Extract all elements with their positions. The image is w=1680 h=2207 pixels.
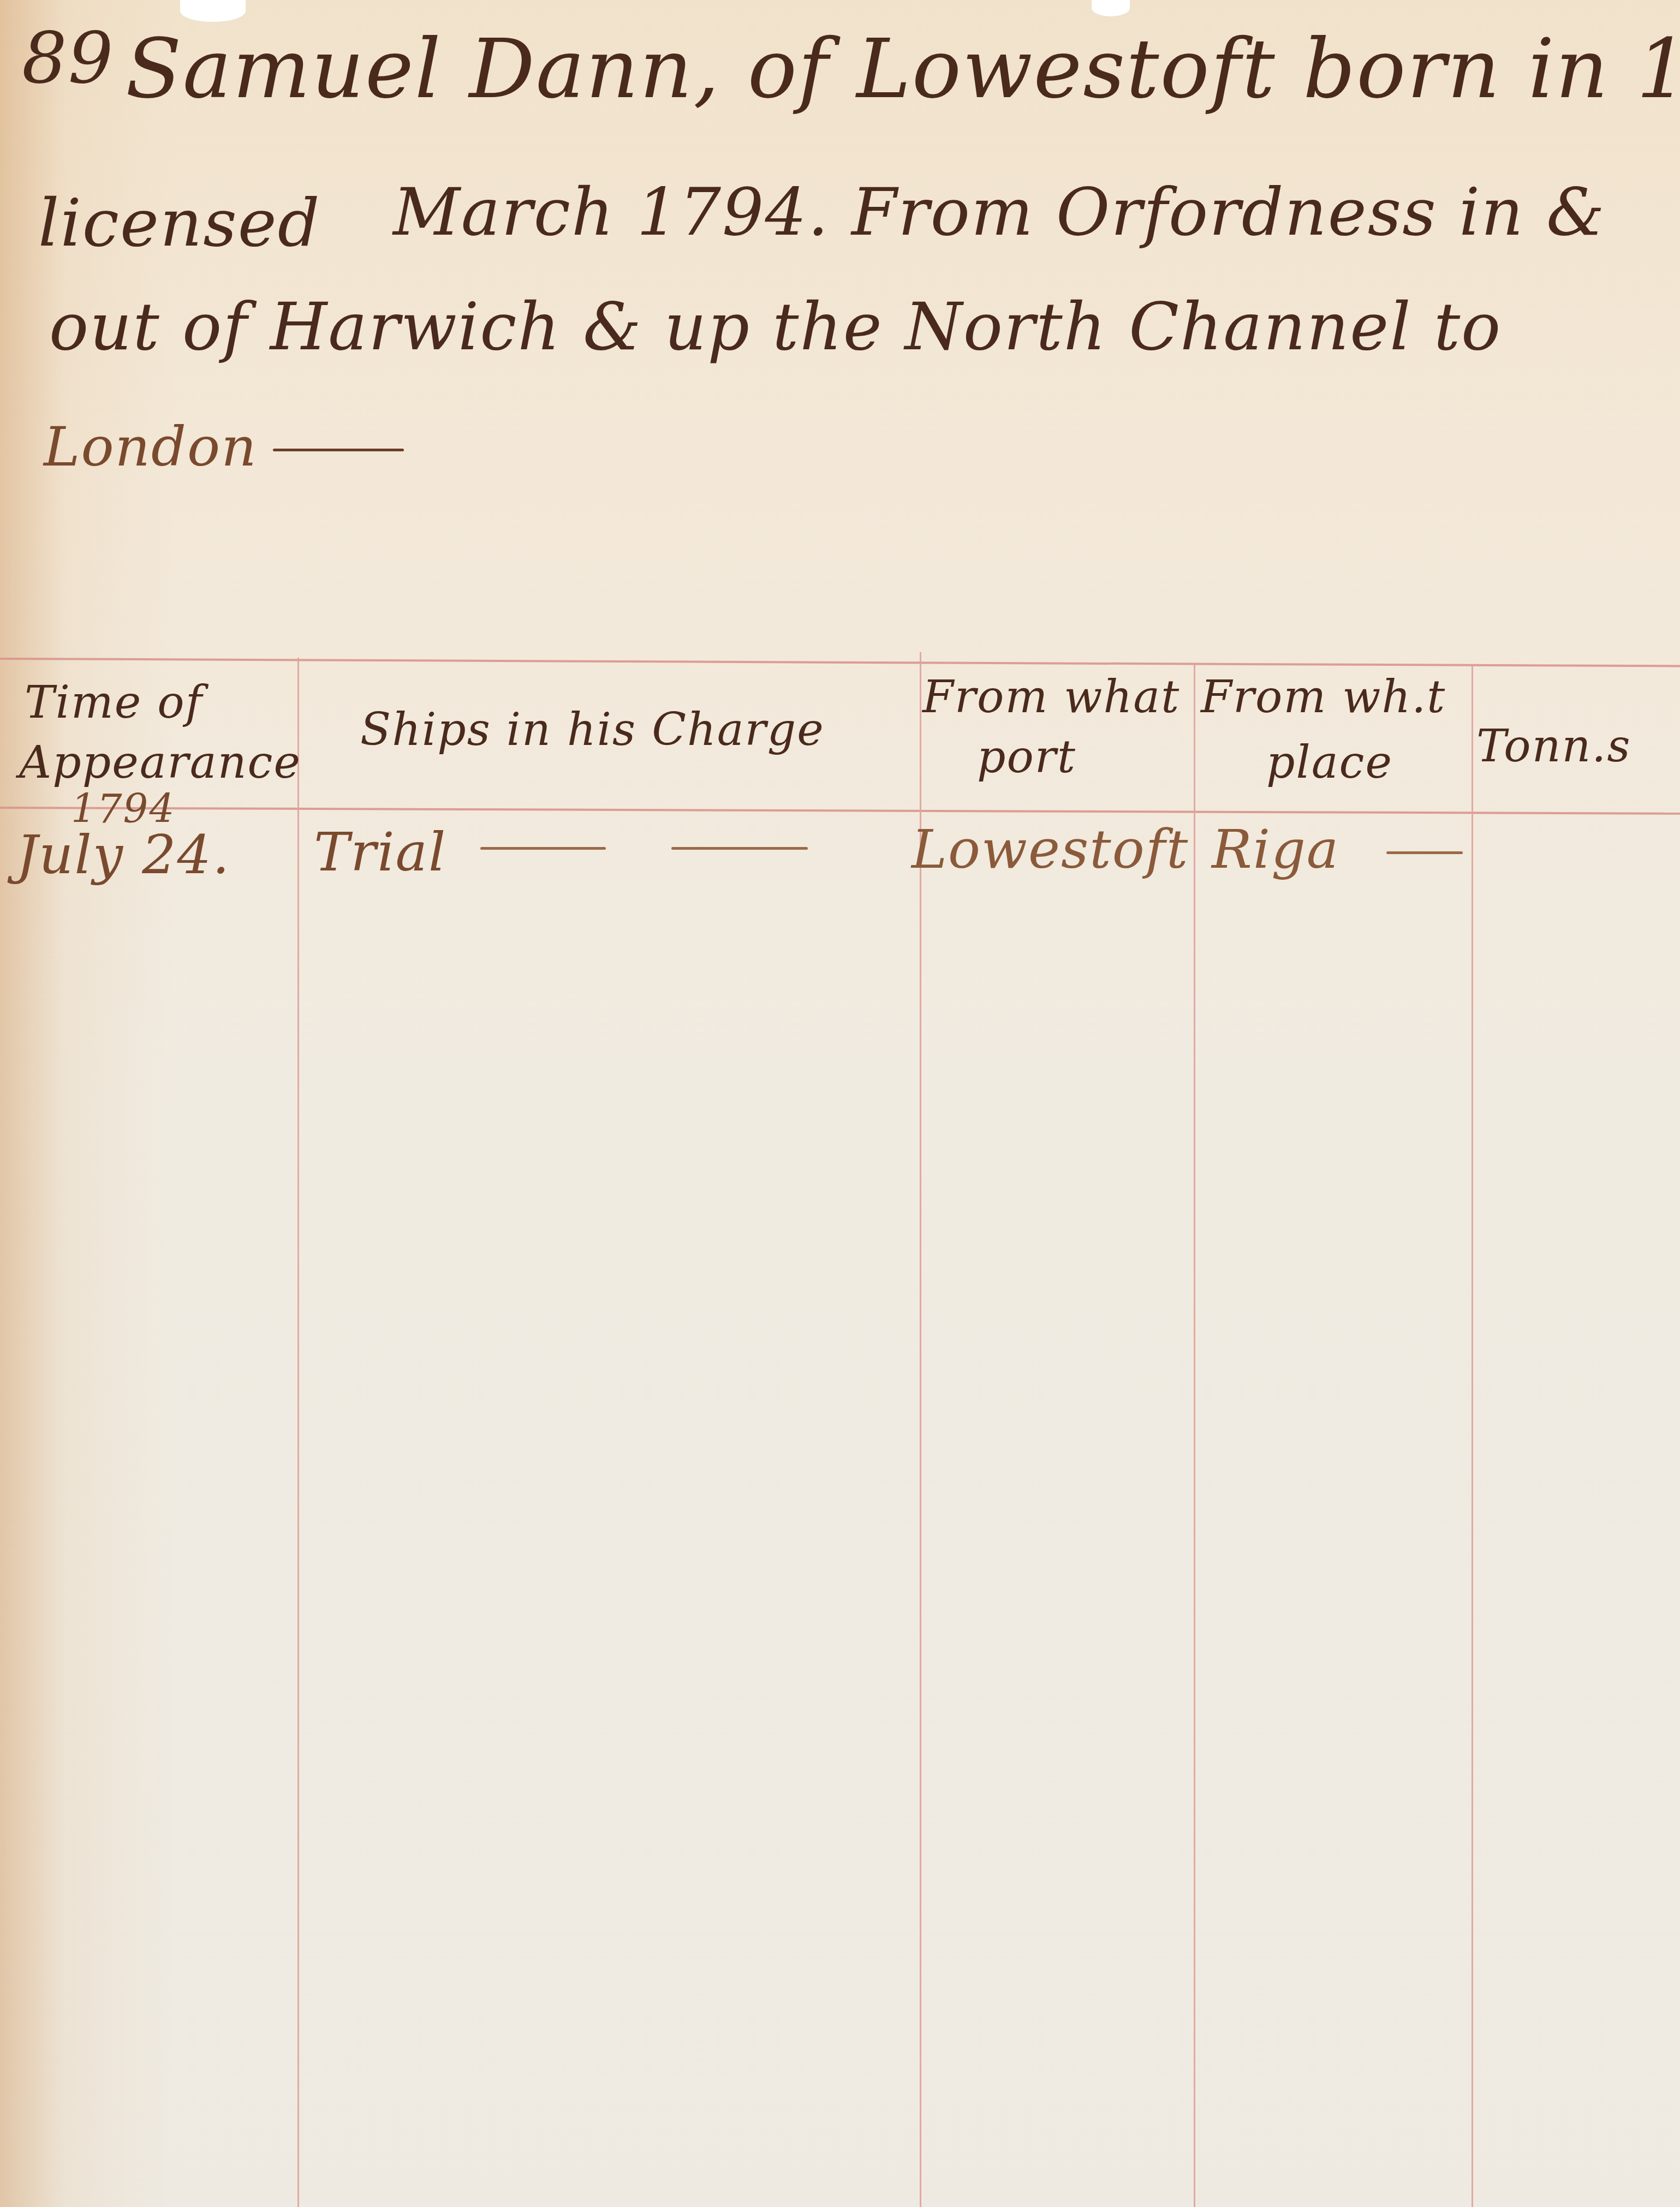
header-text: port — [977, 731, 1076, 783]
dash-line — [671, 847, 808, 850]
header-text: From wh.t — [1201, 671, 1446, 723]
entry-number: 89 — [22, 16, 114, 99]
header-text: place — [1266, 737, 1393, 789]
entry-date: July 24. — [16, 824, 230, 886]
licensed-label: licensed — [38, 186, 321, 261]
place: Riga — [1212, 819, 1339, 881]
dash-line — [273, 449, 404, 451]
dash-line — [480, 847, 606, 850]
column-rule — [920, 652, 921, 2207]
pilot-name-line: Samuel Dann, of Lowestoft born in 1757. — [126, 22, 1680, 117]
license-details: March 1794. From Orfordness in & — [393, 175, 1606, 250]
torn-edge — [1092, 0, 1130, 16]
column-rule — [1194, 663, 1195, 2207]
port: Lowestoft — [912, 819, 1189, 881]
dash-line — [1386, 851, 1463, 854]
header-text: Time of — [25, 677, 203, 729]
header-text: Ships in his Charge — [360, 704, 825, 756]
register-page: 89 Samuel Dann, of Lowestoft born in 175… — [0, 0, 1680, 2207]
column-rule — [1472, 666, 1473, 2207]
header-bottom-rule — [0, 807, 1680, 815]
header-text: Appearance — [19, 737, 301, 789]
header-text: Tonn.s — [1476, 720, 1631, 772]
header-text: From what — [922, 671, 1180, 723]
column-rule — [297, 658, 299, 2207]
header-top-rule — [0, 658, 1680, 667]
route-line: out of Harwich & up the North Channel to — [49, 289, 1502, 365]
destination-line: London — [44, 415, 258, 479]
ship-name: Trial — [314, 821, 446, 884]
torn-edge — [180, 0, 246, 22]
